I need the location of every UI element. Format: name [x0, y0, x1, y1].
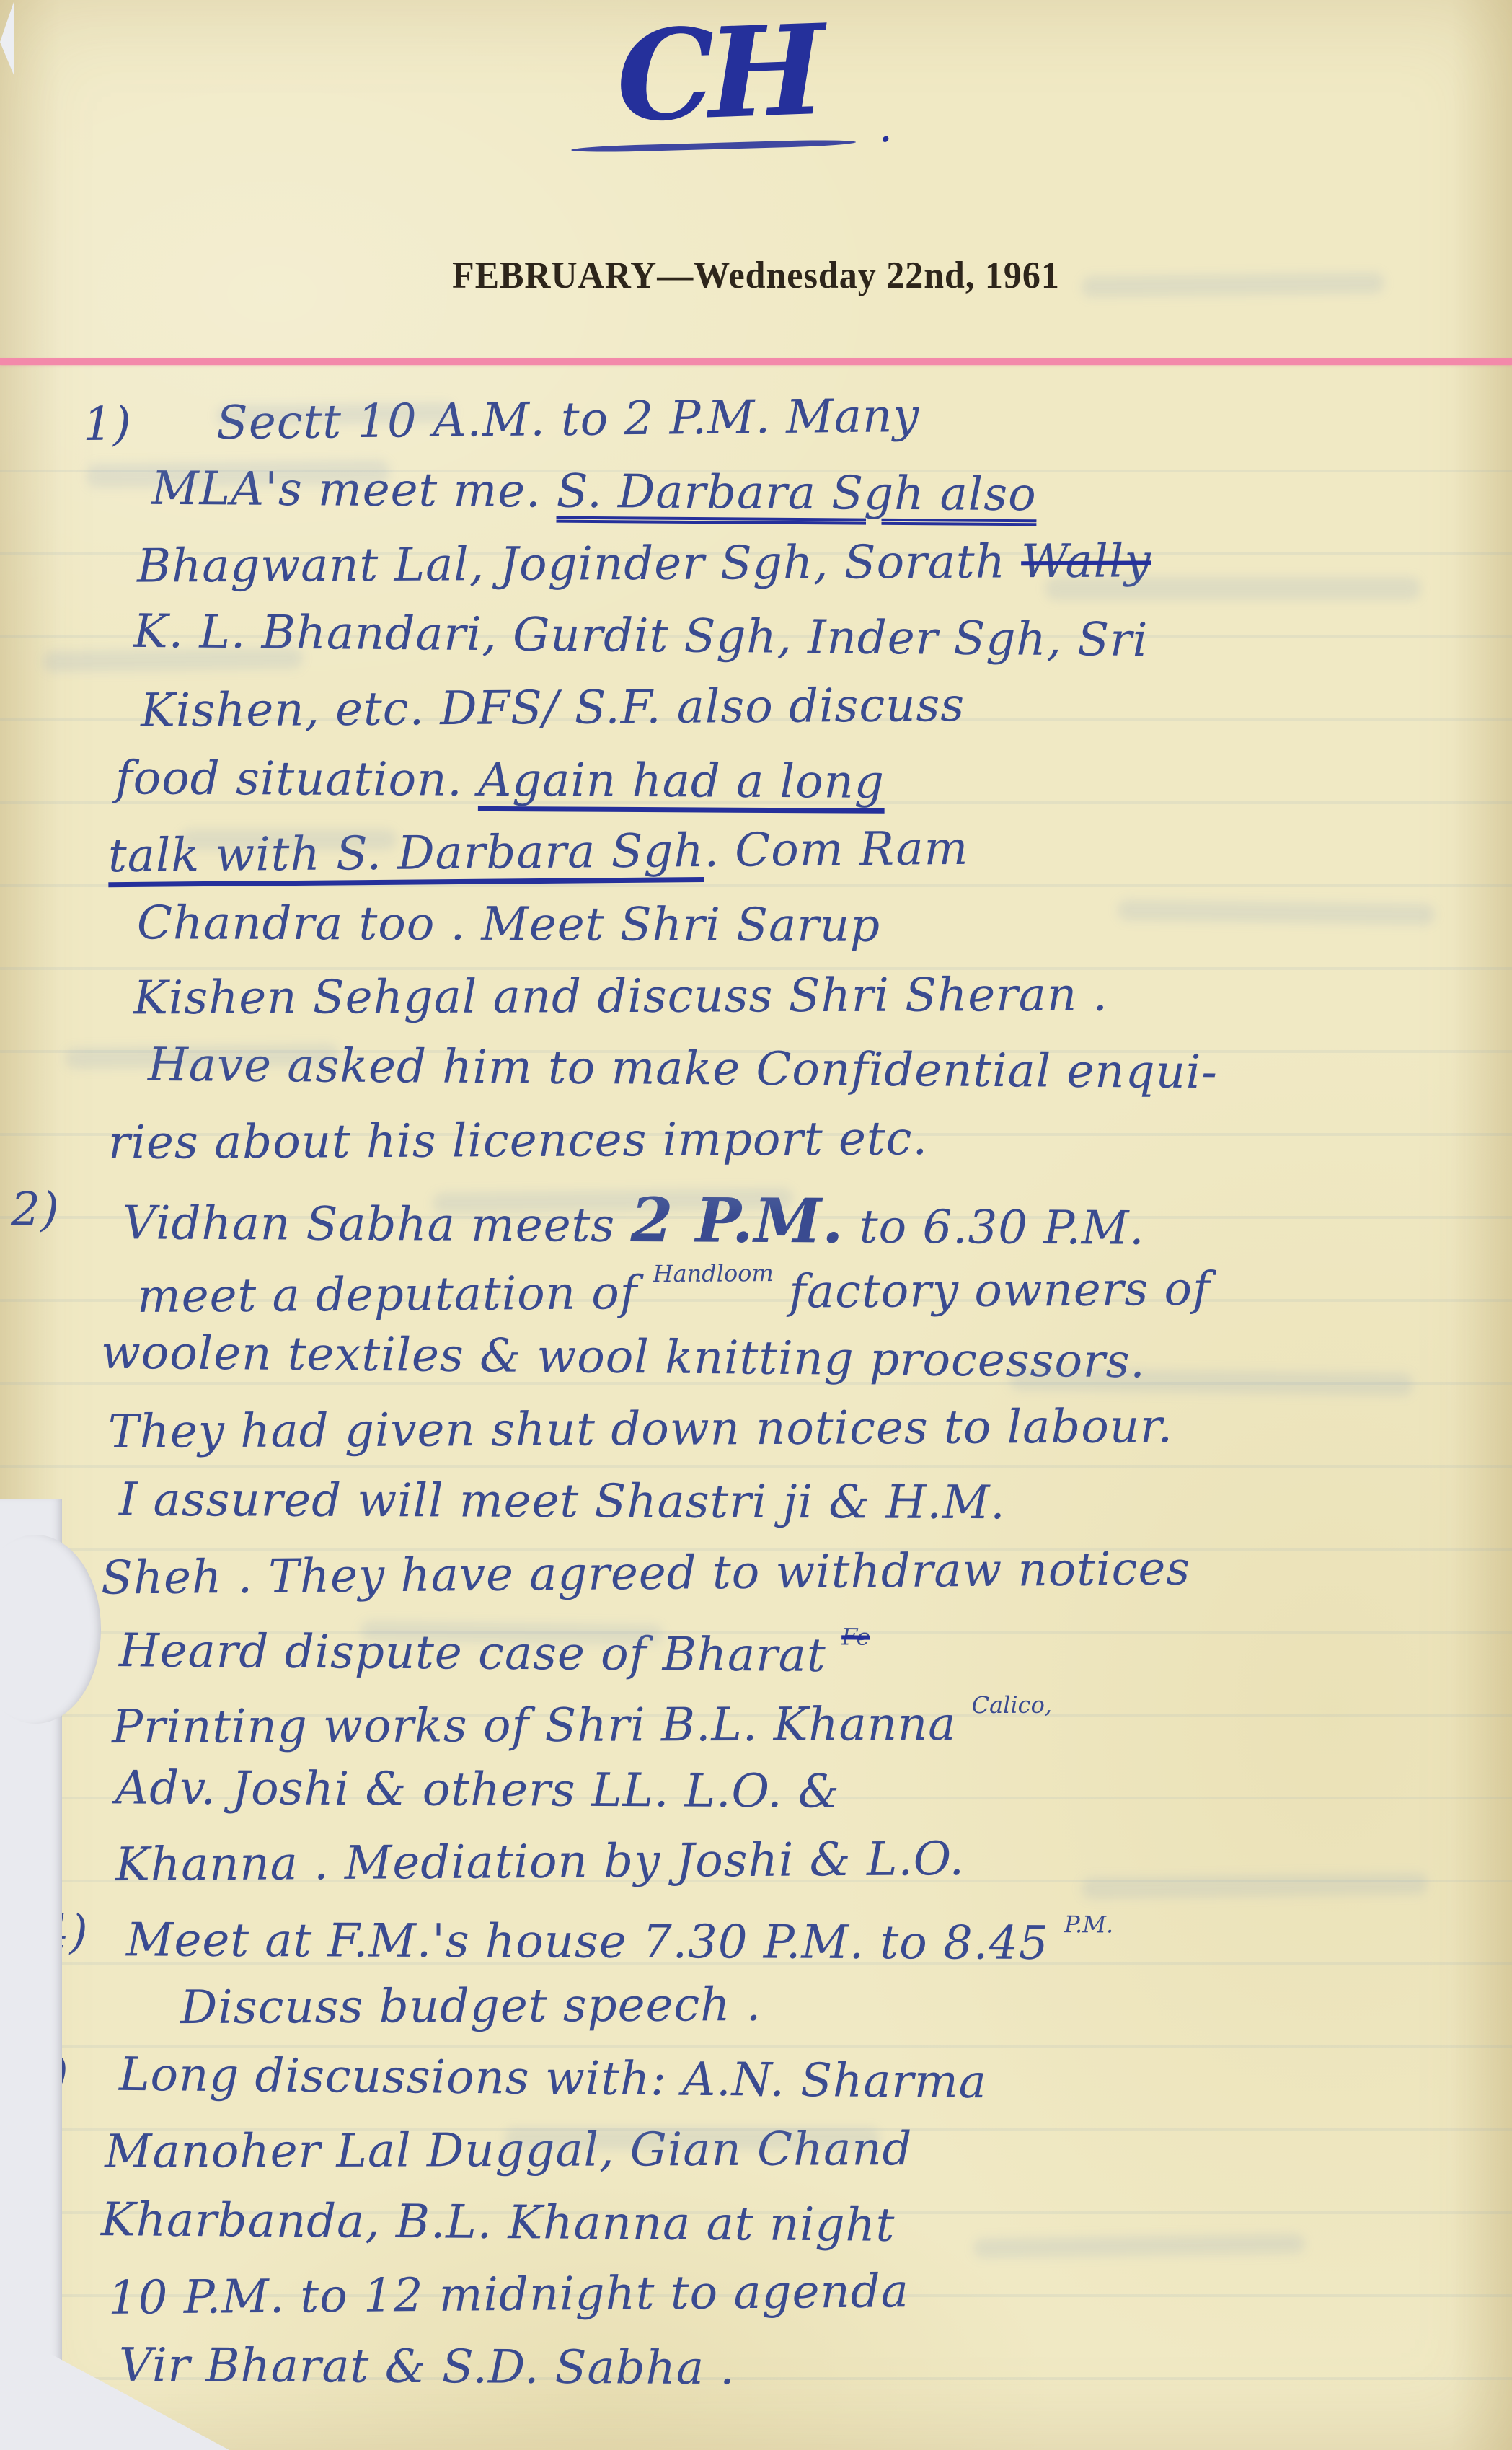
right-edge-crease: [0, 0, 14, 76]
handwritten-text: I assured will meet Shastri ji & H.M.: [119, 1473, 1006, 1530]
handwritten-line: 1)Sectt 10 A.M. to 2 P.M. Many: [216, 393, 920, 446]
handwritten-text: Khanna . Mediation by Joshi & L.O.: [115, 1833, 965, 1892]
handwritten-text: meet a deputation of: [137, 1266, 653, 1323]
handwritten-text: Heard dispute case of Bharat: [119, 1624, 841, 1683]
handwritten-text: woolen textiles & wool knitting processo…: [101, 1326, 1146, 1389]
ink-showthrough: [1118, 899, 1435, 925]
handwritten-line: Discuss budget speech .: [180, 1982, 761, 2031]
ink-showthrough: [1082, 1873, 1428, 1900]
handwritten-text: talk with S. Darbara Sgh: [108, 824, 704, 883]
handwritten-line: 3)Heard dispute case of Bharat Fe: [119, 1620, 870, 1679]
ink-showthrough: [973, 2234, 1305, 2258]
handwritten-text: 2 P.M.: [630, 1184, 844, 1257]
handwritten-text: Bhagwant Lal, Joginder Sgh, Sorath: [137, 535, 1022, 593]
handwritten-line: woolen textiles & wool knitting processo…: [101, 1330, 1146, 1385]
handwritten-text: Sheh . They have agreed to withdraw noti…: [101, 1542, 1191, 1605]
handwritten-text: 10 P.M. to 12 midnight to agenda: [108, 2265, 909, 2325]
handwritten-text: to 6.30 P.M.: [844, 1201, 1144, 1256]
handwritten-text: P.M.: [1064, 1911, 1113, 1938]
item-number: 2): [11, 1186, 60, 1233]
handwritten-line: 4)Meet at F.M.'s house 7.30 P.M. to 8.45…: [126, 1910, 1113, 1968]
handwritten-line: K. L. Bhandari, Gurdit Sgh, Inder Sgh, S…: [133, 609, 1149, 664]
printed-date-header: FEBRUARY—Wednesday 22nd, 1961: [0, 252, 1512, 296]
handwritten-text: Meet at F.M.'s house 7.30 P.M. to 8.45: [126, 1913, 1064, 1970]
handwritten-text: Fe: [841, 1623, 870, 1650]
handwritten-text: MLA's meet me.: [151, 462, 557, 519]
handwritten-text: S. Darbara Sgh also: [557, 465, 1037, 522]
handwritten-text: Handloom: [653, 1259, 773, 1287]
handwritten-line: Chandra too . Meet Shri Sarup: [137, 900, 880, 949]
handwritten-line: 2)Vidhan Sabha meets 2 P.M. to 6.30 P.M.: [123, 1187, 1145, 1253]
handwritten-text: Kishen, etc. DFS/ S.F. also discuss: [141, 679, 965, 738]
handwritten-line: 10 P.M. to 12 midnight to agenda: [108, 2268, 909, 2322]
handwritten-text: Manoher Lal Duggal, Gian Chand: [105, 2123, 913, 2179]
handwritten-line: Have asked him to make Confidential enqu…: [148, 1042, 1218, 1096]
handwritten-text: food situation.: [115, 752, 478, 807]
page-edge-notch: [0, 1535, 101, 1724]
diary-page: CH . FEBRUARY—Wednesday 22nd, 1961 1)Sec…: [0, 0, 1512, 2450]
handwritten-line: Adv. Joshi & others LL. L.O. &: [115, 1765, 840, 1815]
handwritten-line: Bhagwant Lal, Joginder Sgh, Sorath Wally: [137, 538, 1151, 589]
handwritten-text: Wally: [1021, 534, 1151, 589]
monogram: CH: [614, 0, 821, 150]
handwritten-text: Vir Bharat & S.D. Sabha .: [119, 2339, 735, 2395]
monogram-period: .: [878, 100, 893, 153]
handwritten-line: Kishen, etc. DFS/ S.F. also discuss: [141, 682, 965, 734]
handwritten-text: Adv. Joshi & others LL. L.O. &: [115, 1761, 840, 1818]
handwritten-line: food situation. Again had a long: [115, 755, 885, 806]
handwritten-text: Long discussions with: A.N. Sharma: [119, 2048, 988, 2110]
handwritten-text: Printing works of Shri B.L. Khanna: [112, 1698, 972, 1754]
handwritten-text: Again had a long: [478, 754, 885, 809]
handwritten-text: Discuss budget speech .: [180, 1978, 761, 2035]
handwritten-line: Vir Bharat & S.D. Sabha .: [119, 2343, 735, 2392]
handwritten-text: Kharbanda, B.L. Khanna at night: [101, 2193, 896, 2252]
item-number: 1): [83, 401, 132, 448]
handwritten-line: Kishen Sehgal and discuss Shri Sheran .: [133, 972, 1108, 1022]
handwritten-text: . Com Ram: [704, 822, 968, 878]
handwritten-line: Kharbanda, B.L. Khanna at night: [101, 2197, 896, 2249]
handwritten-text: Calico,: [972, 1691, 1053, 1719]
handwritten-line: Printing works of Shri B.L. Khanna Calic…: [112, 1693, 1052, 1750]
handwritten-text: K. L. Bhandari, Gurdit Sgh, Inder Sgh, S…: [133, 605, 1149, 667]
handwritten-line: Khanna . Mediation by Joshi & L.O.: [115, 1836, 965, 1888]
handwritten-text: Kishen Sehgal and discuss Shri Sheran .: [133, 969, 1108, 1026]
handwritten-line: I assured will meet Shastri ji & H.M.: [119, 1477, 1006, 1526]
handwritten-text: They had given shut down notices to labo…: [108, 1400, 1173, 1459]
pink-rule: [0, 358, 1512, 365]
handwritten-text: Sectt 10 A.M. to 2 P.M. Many: [216, 389, 920, 450]
handwritten-text: factory owners of: [774, 1263, 1211, 1319]
handwritten-text: Chandra too . Meet Shri Sarup: [137, 896, 880, 953]
handwritten-text: Have asked him to make Confidential enqu…: [148, 1039, 1218, 1099]
handwritten-line: 5)Long discussions with: A.N. Sharma: [119, 2052, 987, 2106]
handwritten-line: talk with S. Darbara Sgh. Com Ram: [108, 826, 969, 879]
handwritten-line: meet a deputation of Handloom factory ow…: [137, 1259, 1211, 1320]
handwritten-text: Vidhan Sabha meets: [123, 1197, 631, 1253]
handwritten-line: ries about his licences import etc.: [108, 1116, 928, 1166]
handwritten-line: MLA's meet me. S. Darbara Sgh also: [151, 466, 1037, 519]
handwritten-line: Manoher Lal Duggal, Gian Chand: [105, 2126, 913, 2175]
handwritten-line: They had given shut down notices to labo…: [108, 1404, 1173, 1455]
handwritten-text: ries about his licences import etc.: [108, 1112, 928, 1170]
handwritten-line: Sheh . They have agreed to withdraw noti…: [101, 1546, 1191, 1601]
